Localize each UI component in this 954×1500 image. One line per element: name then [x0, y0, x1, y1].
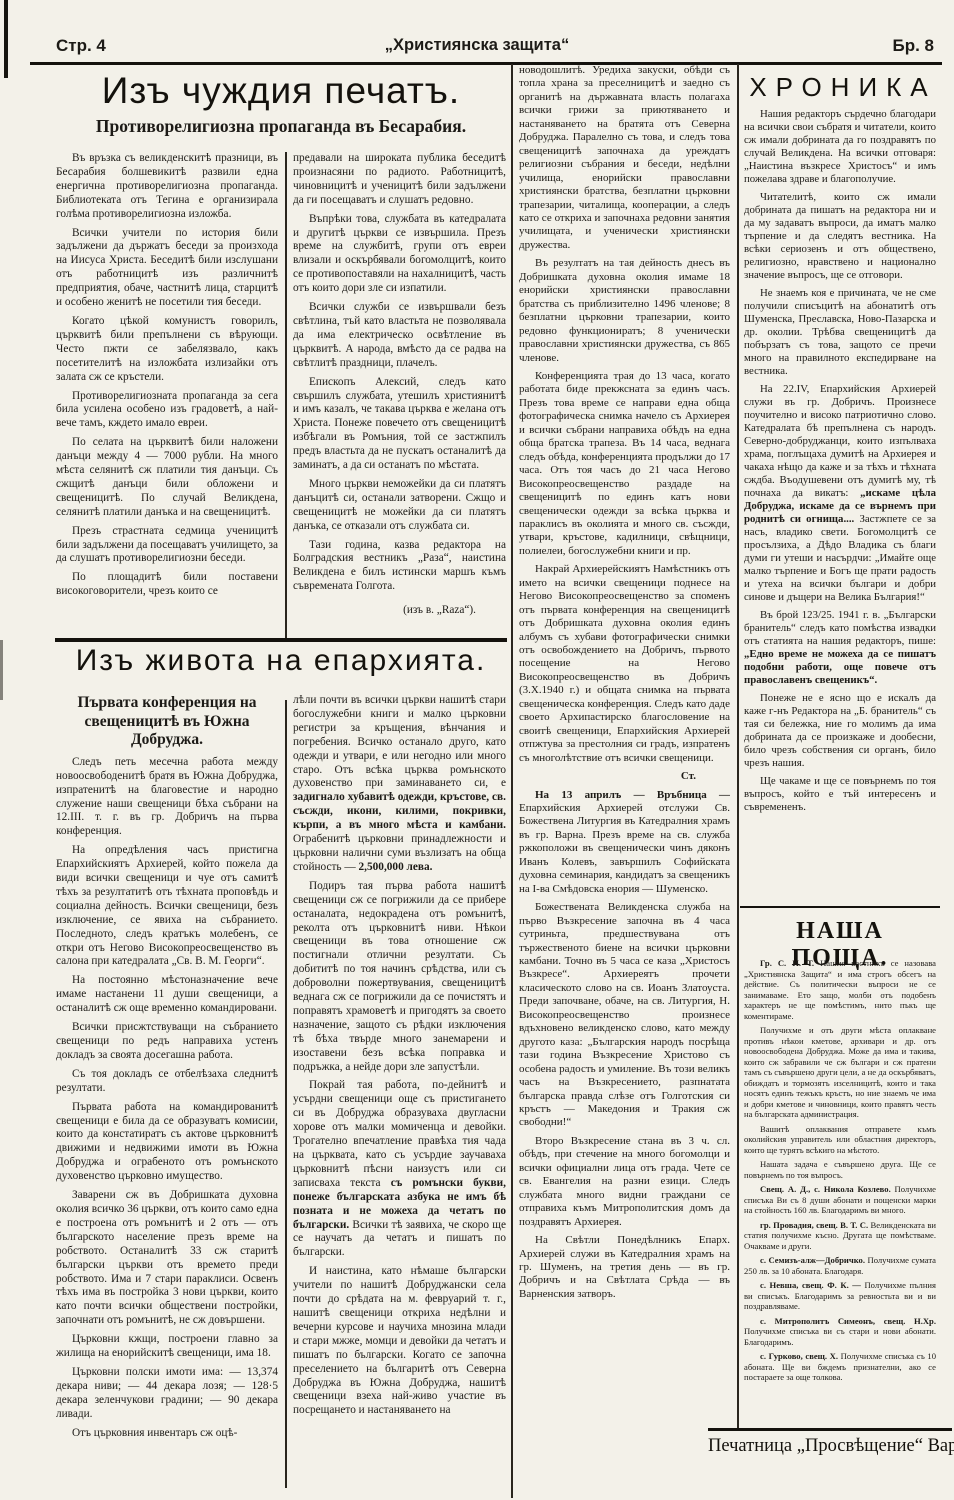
section-title-chronicle: ХРОНИКА: [740, 72, 940, 103]
paragraph: Въпрѣки това, службата въ катедралата и …: [293, 213, 506, 296]
mail-section-rule: [740, 906, 940, 908]
paragraph: На опредѣления часъ пристигна Епархийски…: [56, 844, 278, 969]
paragraph: Второ Възкресение стана въ 3 ч. сл. обѣд…: [519, 1135, 730, 1229]
section-divider-rule: [55, 638, 507, 642]
paragraph: Всички учители по история били задължени…: [56, 227, 278, 310]
paragraph: (изъ в. „Raza“).: [293, 604, 506, 618]
column-rule: [285, 700, 287, 1488]
paragraph: Отъ църковния инвентаръ сж оцѣ-: [56, 1427, 278, 1441]
article-subtitle-bessarabia: Противорелигиозна пропаганда въ Бесараби…: [55, 116, 507, 137]
eparchy-column-1: Първата конференция на свещеницитѣ въ Юж…: [56, 694, 278, 1496]
continuation-column: новодошлитѣ. Уредиха закуски, обѣди съ т…: [519, 64, 730, 1496]
paragraph: Вашитѣ оплаквания отправете къмъ околийс…: [744, 1124, 936, 1156]
paragraph: Тази година, казва редактора на Болградс…: [293, 539, 506, 595]
paragraph: с. Невша, свещ. Ф. К. — Получихме пълния…: [744, 1280, 936, 1312]
section-title-foreign-press: Изъ чуждия печатъ.: [55, 70, 507, 112]
paragraph: На Свѣтли Понедѣлникъ Епарх. Архиерей сл…: [519, 1234, 730, 1301]
paragraph: Заварени сж въ Добришката духовна околия…: [56, 1189, 278, 1328]
foreign-press-column-2: предавали на широката публика беседитѣ п…: [293, 152, 506, 638]
paragraph: Получихме и отъ други мѣста оплакване пр…: [744, 1025, 936, 1120]
paragraph: Първата работа на командированитѣ свещен…: [56, 1101, 278, 1184]
paragraph: Накрай Архиерейскиятъ Намѣстникъ отъ име…: [519, 563, 730, 765]
paragraph: По площадитѣ били поставени високоговори…: [56, 571, 278, 599]
paragraph: Нашата задача е съвършено друга. Ще се п…: [744, 1159, 936, 1180]
paragraph: Гр. С. И. Т. Нашия вестникъ се назовава …: [744, 958, 936, 1021]
paragraph: Съ тоя докладъ се отбелѣзаха следнитѣ ре…: [56, 1068, 278, 1096]
paragraph: новодошлитѣ. Уредиха закуски, обѣди съ т…: [519, 64, 730, 252]
column-rule: [285, 152, 287, 638]
paragraph: Божествената Великденска служба на първо…: [519, 901, 730, 1130]
paragraph: с. Митрополитъ Симеонъ, свещ. Н.Хр. Полу…: [744, 1316, 936, 1348]
paragraph: с. Гурково, свещ. Х. Получихме списъка с…: [744, 1351, 936, 1383]
newspaper-page: Стр. 4 „Християнска защита“ Бр. 8 Изъ чу…: [0, 0, 954, 1500]
paragraph: Противорелигиозната пропаганда за сега б…: [56, 390, 278, 432]
imprint-rule: [708, 1428, 952, 1431]
paragraph: Свещ. А. Д., с. Никола Козлево. Получихм…: [744, 1184, 936, 1216]
issue-number-label: Бр. 8: [892, 36, 934, 56]
paragraph: На постоянно мѣстоназначение вече имаме …: [56, 974, 278, 1016]
paragraph: лѣли почти въ всички църкви нашитѣ стари…: [293, 694, 506, 875]
paragraph: Не знаемъ коя е причината, че не сме пол…: [744, 287, 936, 378]
paragraph: И наистина, като нѣмаше български учител…: [293, 1265, 506, 1418]
mail-column: Гр. С. И. Т. Нашия вестникъ се назовава …: [744, 958, 936, 1424]
paragraph: Много църкви неможейки да си платятъ дан…: [293, 478, 506, 534]
paragraph: Нашия редакторъ сърдечно благодари на вс…: [744, 108, 936, 186]
paragraph: Въ брой 123/25. 1941 г. в. „Български бр…: [744, 609, 936, 687]
paragraph: Ще чакаме и ще се повърнемъ по тоя въпро…: [744, 775, 936, 814]
paragraph: Покрай тая работа, по-дейнитѣ и усърдни …: [293, 1079, 506, 1260]
paragraph: Понеже не е ясно що е искалъ да каже г-н…: [744, 692, 936, 770]
paragraph: Конференцията трая до 13 часа, когато ра…: [519, 370, 730, 558]
paragraph: Всички присжтствуващи на събранието свещ…: [56, 1021, 278, 1063]
paragraph: Когато цѣкой комунистъ говорилъ, църквит…: [56, 315, 278, 385]
column-rule: [511, 64, 513, 1498]
paragraph: Въ връзка съ великденскитѣ празници, въ …: [56, 152, 278, 222]
foreign-press-column-1: Въ връзка съ великденскитѣ празници, въ …: [56, 152, 278, 638]
column-rule: [737, 64, 739, 1428]
paragraph: По селата на църквитѣ били наложени данъ…: [56, 436, 278, 519]
header-rule: [30, 62, 942, 65]
masthead: „Християнска защита“: [0, 36, 954, 55]
eparchy-column-2: лѣли почти въ всички църкви нашитѣ стари…: [293, 694, 506, 1500]
paragraph: Читателитѣ, които сж имали добрината да …: [744, 191, 936, 282]
imprint-line: Печатница „Просвѣщение“ Варна: [708, 1436, 954, 1457]
paragraph: На 22.IV, Епархийския Архиерей служи въ …: [744, 383, 936, 604]
section-title-eparchy: Изъ живота на епархията.: [55, 644, 507, 678]
paragraph: с. Семизъ-алж—Добричко. Получихме сумата…: [744, 1255, 936, 1276]
paragraph: На 13 априлъ — Връбница — Епархийския Ар…: [519, 789, 730, 897]
chronicle-column: Нашия редакторъ сърдечно благодари на вс…: [744, 108, 936, 904]
paragraph: Подиръ тая първа работа нашитѣ свещеници…: [293, 880, 506, 1075]
paragraph: Епископъ Алексий, следъ като свършилъ сл…: [293, 376, 506, 473]
paragraph: Презъ страстната седмица ученицитѣ били …: [56, 525, 278, 567]
paragraph: Всички служби се извършвали безъ свѣтлин…: [293, 301, 506, 371]
paragraph: Църковни кжщи, построени главно за жилищ…: [56, 1333, 278, 1361]
paragraph: предавали на широката публика беседитѣ п…: [293, 152, 506, 208]
paragraph: гр. Провадия, свещ. В. Т. С. Великденска…: [744, 1220, 936, 1252]
paragraph: Въ резултатъ на тая дейность днесъ въ До…: [519, 257, 730, 365]
paragraph: Църковни полски имоти има: — 13,374 дека…: [56, 1366, 278, 1422]
paragraph: Следъ петь месечна работа между новоосво…: [56, 756, 278, 839]
paragraph: Ст.: [519, 770, 730, 783]
scan-edge-mark: [0, 640, 3, 700]
eparchy-subtitle: Първата конференция на свещеницитѣ въ Юж…: [56, 694, 278, 750]
